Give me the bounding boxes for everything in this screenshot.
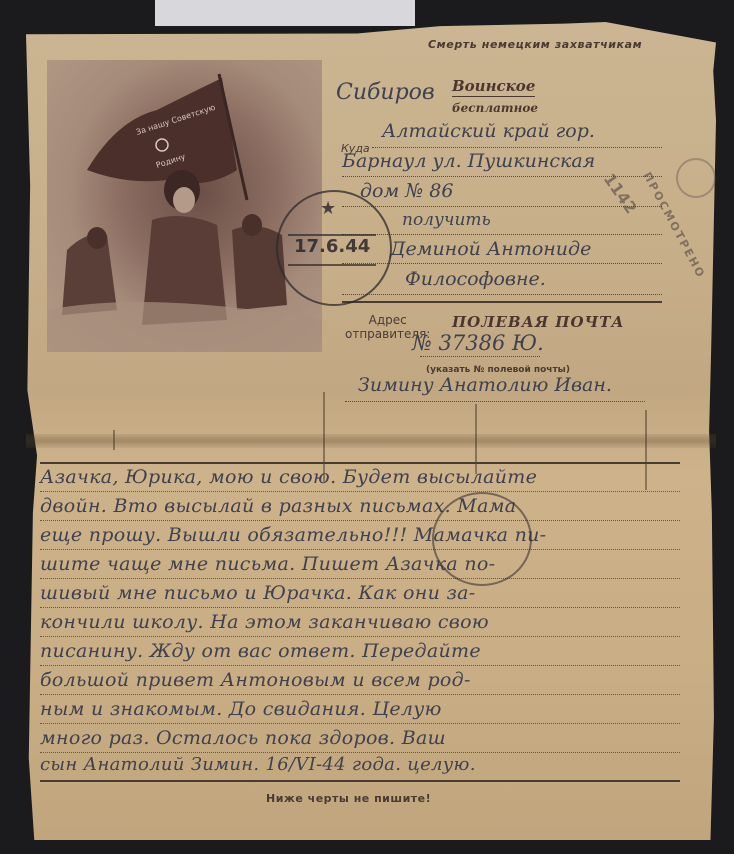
recipient-name: Деминой Антониде: [390, 238, 591, 260]
form-subtitle: бесплатное: [452, 101, 538, 115]
propaganda-illustration: За нашу Советскую Родину: [47, 60, 322, 352]
address-divider: [342, 301, 662, 303]
address-rule: [342, 206, 662, 207]
star-icon: ★: [320, 198, 336, 219]
letter-line: ным и знакомым. До свидания. Целую: [40, 698, 442, 720]
letter-line: шите чаще мне письма. Пишет Азачка по-: [40, 553, 495, 575]
letter-line: Азачка, Юрика, мою и свою. Будет высылай…: [40, 466, 537, 488]
postmark-stamp: ★ 17.6.44: [276, 190, 392, 306]
letter-rule: [40, 520, 680, 521]
field-post-header: ПОЛЕВАЯ ПОЧТА: [452, 313, 625, 331]
censor-note: Сибиров: [336, 80, 435, 105]
address-line-2: Барнаул ул. Пушкинская: [342, 150, 595, 172]
letter-line: большой привет Антоновым и всем род-: [40, 669, 471, 691]
letter-rule: [40, 549, 680, 550]
letter-rule: [40, 752, 680, 753]
address-rule: [342, 294, 662, 295]
letter-bottom-divider: [40, 780, 680, 782]
letter-rule: [40, 665, 680, 666]
sender-name: Зимину Анатолию Иван.: [358, 374, 612, 396]
letter-line: писанину. Жду от вас ответ. Передайте: [40, 640, 481, 662]
letter-rule: [40, 694, 680, 695]
faded-round-stamp: [676, 158, 716, 198]
address-line-4: получить: [402, 210, 491, 230]
address-rule: [342, 263, 662, 264]
postmark-date: 17.6.44: [294, 236, 370, 257]
address-rule: [345, 401, 645, 402]
letter-line: кончили школу. На этом заканчиваю свою: [40, 611, 489, 633]
letter-line: сын Анатолий Зимин. 16/VI-44 года. целую…: [40, 754, 476, 775]
letter-line: шивый мне письмо и Юрачка. Как они за-: [40, 582, 475, 604]
slogan: Смерть немецким захватчикам: [428, 38, 642, 51]
letter-top-divider: [40, 462, 680, 464]
letter-rule: [40, 607, 680, 608]
soldier-with-banner-icon: За нашу Советскую Родину: [47, 60, 322, 352]
fold-crease: [26, 434, 716, 448]
address-line-3: дом № 86: [360, 180, 453, 202]
letter-rule: [40, 578, 680, 579]
field-post-number: № 37386 Ю.: [412, 331, 544, 355]
address-rule: [372, 147, 662, 148]
address-rule: [420, 356, 540, 357]
tear-crease: [113, 430, 115, 450]
letter-rule: [40, 491, 680, 492]
letter-rule: [40, 723, 680, 724]
scanner-backing: [155, 0, 415, 26]
recipient-patronymic: Философовне.: [405, 268, 546, 290]
footer-note: Ниже черты не пишите!: [266, 792, 431, 805]
tear-crease: [645, 410, 647, 490]
letter-line: много раз. Осталось пока здоров. Ваш: [40, 727, 446, 749]
censor-postmark: [432, 492, 532, 586]
address-line-1: Алтайский край гор.: [382, 120, 595, 142]
form-title: Воинское: [452, 77, 535, 97]
letter-rule: [40, 636, 680, 637]
